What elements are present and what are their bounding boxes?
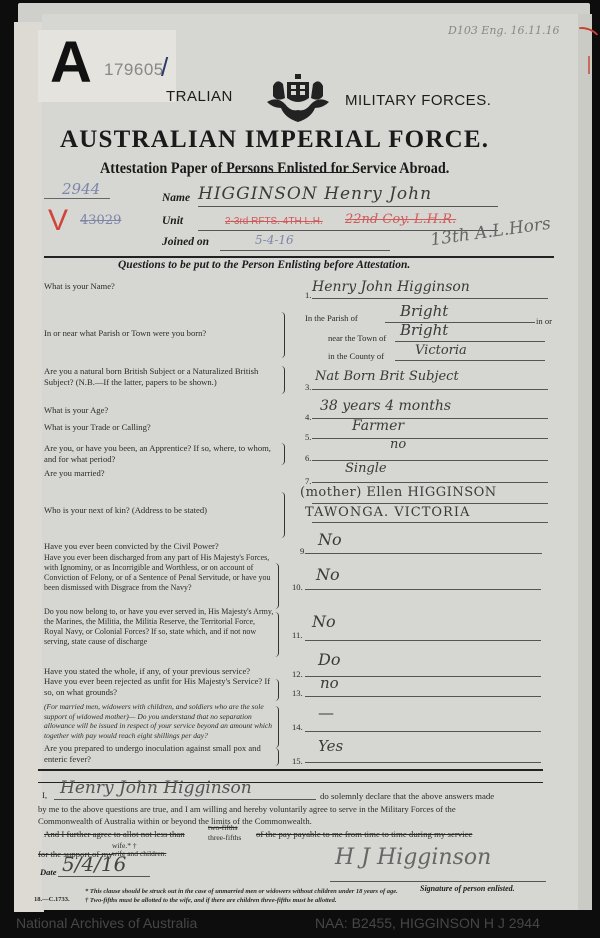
question-7: Are you married?: [44, 468, 274, 479]
signature-line: [330, 881, 546, 882]
struck-number: 43029: [80, 213, 121, 228]
answer-7: Single: [345, 461, 387, 476]
question-11: Do you now belong to, or have you ever s…: [44, 607, 276, 647]
answer-5: Farmer: [352, 418, 404, 434]
qnum-12: 12.: [292, 669, 303, 679]
declaration-line-1: do solemnly declare that the above answe…: [320, 791, 494, 801]
form-subtitle: Attestation Paper of Persons Enlisted fo…: [100, 160, 449, 178]
declaration-line-2: by me to the above questions are true, a…: [38, 804, 456, 814]
county-value: Victoria: [415, 343, 467, 358]
answer-8-line2: TAWONGA. VICTORIA: [305, 505, 470, 520]
brace: [280, 492, 285, 538]
joined-line: [220, 250, 390, 251]
service-number: 2944: [62, 180, 100, 198]
answer-line-8b: [312, 522, 548, 523]
footnote-1: * This clause should be struck out in th…: [85, 888, 398, 895]
parish-suffix: in or: [536, 316, 552, 327]
declaration-prefix: I,: [42, 790, 47, 800]
question-8: Who is your next of kin? (Address to be …: [44, 505, 276, 516]
town-label: near the Town of: [328, 333, 386, 344]
brace: [280, 443, 285, 465]
answer-line-15: [305, 762, 541, 763]
qnum-13: 13.: [292, 688, 303, 698]
brace: [274, 679, 279, 701]
answer-line-8a: [312, 503, 548, 504]
answer-line-14: [305, 731, 541, 732]
answer-14: —: [318, 703, 334, 722]
unit-label: Unit: [162, 215, 183, 227]
qnum-10: 10.: [292, 582, 303, 592]
name-line: [198, 206, 498, 207]
coat-of-arms-icon: [265, 72, 331, 124]
answer-line-9: [306, 553, 542, 554]
date-value: 5/4/16: [62, 852, 126, 876]
fraction-top: two-fifths: [208, 823, 238, 832]
brace: [274, 563, 279, 609]
declaration-line-4b: of the pay payable to me from time to ti…: [256, 829, 472, 839]
question-2: In or near what Parish or Town were you …: [44, 328, 274, 339]
brace: [274, 748, 279, 766]
qnum-9: 9.: [300, 546, 306, 556]
qnum-6: 6.: [305, 453, 311, 463]
red-crayon-mark: [588, 56, 590, 74]
fraction-bottom: three-fifths: [208, 833, 241, 842]
answer-line-4: [312, 418, 548, 419]
left-edge-strip: [14, 22, 44, 912]
archive-ref-number: 179605: [104, 60, 164, 80]
brace: [280, 366, 285, 394]
brace: [280, 312, 285, 358]
answer-line-13: [305, 696, 541, 697]
answer-12: Do: [318, 650, 340, 669]
signature-caption: Signature of person enlisted.: [420, 884, 515, 893]
declaration-line-3: Commonwealth of Australia within or beyo…: [38, 816, 312, 826]
archive-ref-slash: /: [161, 52, 168, 83]
brace: [274, 612, 279, 657]
declaration-rule: [38, 769, 543, 771]
answer-10: No: [316, 565, 340, 584]
unit-value: 22nd Coy. L.H.R.: [345, 212, 456, 227]
qnum-11: 11.: [292, 630, 302, 640]
answer-line-10: [305, 589, 541, 590]
watermark-record-id: NAA: B2455, HIGGINSON H J 2944: [315, 915, 540, 931]
header-australian: TRALIAN: [166, 88, 233, 105]
question-9: Have you ever been convicted by the Civi…: [44, 541, 274, 552]
answer-line-3: [312, 389, 548, 390]
qnum-5: 5.: [305, 432, 311, 442]
section-rule: [44, 256, 554, 258]
answer-13: no: [320, 674, 339, 692]
answer-15: Yes: [318, 737, 343, 755]
parish-label: In the Parish of: [305, 313, 358, 324]
paper-right-edge: [578, 14, 592, 910]
qnum-15: 15.: [292, 756, 303, 766]
corner-pencil-note: D103 Eng. 16.11.16: [448, 24, 559, 37]
answer-11: No: [312, 612, 336, 631]
unit-struck: 2-3rd RFTS. 4TH L.H.: [225, 216, 323, 227]
answer-1: Henry John Higginson: [312, 279, 470, 295]
question-13: Have you ever been rejected as unfit for…: [44, 676, 276, 698]
archive-letter: A: [50, 34, 92, 92]
questions-heading: Questions to be put to the Person Enlist…: [118, 259, 410, 271]
question-6: Are you, or have you been, an Apprentice…: [44, 443, 276, 465]
answer-line-11: [305, 640, 541, 641]
declaration-name-line: [54, 799, 316, 800]
joined-value: 5-4-16: [255, 233, 294, 247]
question-3: Are you a natural born British Subject o…: [44, 366, 276, 388]
watermark-archive-name: National Archives of Australia: [16, 915, 197, 931]
joined-label: Joined on: [162, 236, 209, 248]
answer-9: No: [318, 530, 342, 549]
name-value: HIGGINSON Henry John: [198, 184, 432, 204]
form-title: AUSTRALIAN IMPERIAL FORCE.: [60, 126, 489, 154]
answer-line-7: [312, 482, 548, 483]
town-value: Bright: [400, 321, 448, 339]
service-number-line: [44, 198, 110, 199]
question-4: What is your Age?: [44, 405, 274, 416]
qnum-3: 3.: [305, 382, 311, 392]
answer-line-5: [312, 438, 548, 439]
date-label: Date: [40, 867, 57, 877]
signature: H J Higginson: [335, 845, 491, 870]
form-code: 18.—C.1733.: [34, 896, 70, 903]
town-line: [395, 341, 545, 342]
qnum-1: 1.: [305, 290, 311, 300]
declaration-name: Henry John Higginson: [60, 778, 252, 798]
question-1: What is your Name?: [44, 281, 264, 292]
county-label: in the County of: [328, 351, 384, 362]
question-15: Are you prepared to undergo inoculation …: [44, 743, 276, 765]
header-military-forces: MILITARY FORCES.: [345, 92, 491, 109]
answer-4: 38 years 4 months: [320, 398, 451, 414]
name-label: Name: [162, 192, 190, 204]
v-mark: V: [48, 204, 68, 238]
county-line: [395, 360, 545, 361]
question-14: (For married men, widowers with children…: [44, 702, 276, 740]
answer-3: Nat Born Brit Subject: [315, 369, 459, 384]
date-line: [58, 876, 150, 877]
answer-line-12: [305, 676, 541, 677]
brace: [274, 706, 279, 748]
qnum-4: 4.: [305, 412, 311, 422]
parish-value: Bright: [400, 302, 448, 320]
footnote-2: † Two-fifths must be allotted to the wif…: [85, 897, 336, 904]
answer-6: no: [390, 437, 406, 452]
answer-line-1: [312, 298, 548, 299]
question-5: What is your Trade or Calling?: [44, 422, 274, 433]
qnum-14: 14.: [292, 722, 303, 732]
question-10: Have you ever been discharged from any p…: [44, 553, 276, 593]
declaration-line-4a: And I further agree to allot not less th…: [44, 829, 185, 839]
answer-8-line1: (mother) Ellen HIGGINSON: [300, 485, 497, 500]
